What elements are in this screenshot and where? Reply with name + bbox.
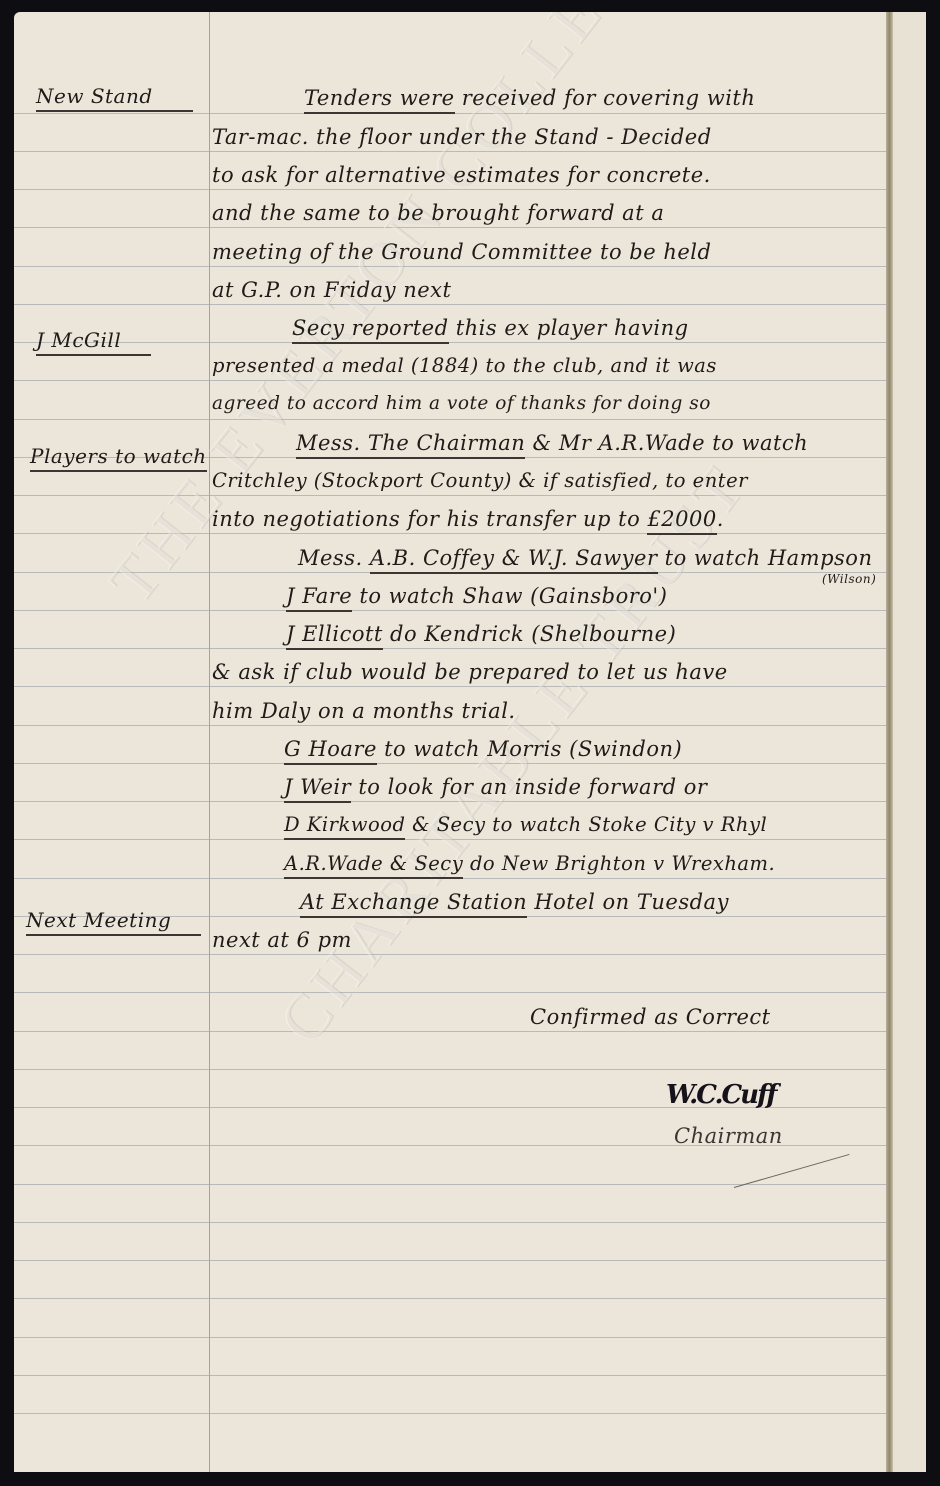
minute-line: Secy reported this ex player having xyxy=(292,316,689,340)
minute-line: J Ellicott do Kendrick (Shelbourne) xyxy=(286,622,676,646)
minute-line: Tenders were received for covering with xyxy=(304,86,755,110)
ruled-line xyxy=(14,686,886,687)
minute-line: Mess. The Chairman & Mr A.R.Wade to watc… xyxy=(296,431,808,455)
minute-line: J Weir to look for an inside forward or xyxy=(284,775,707,799)
ruled-line xyxy=(14,189,886,190)
signature-flourish xyxy=(734,1154,850,1188)
ruled-line xyxy=(14,495,886,496)
chairman-signature: W.C.Cuff xyxy=(666,1080,775,1110)
minute-line: Tar-mac. the floor under the Stand - Dec… xyxy=(212,125,712,149)
minute-annotation: (Wilson) xyxy=(822,572,876,586)
ruled-line xyxy=(14,151,886,152)
minute-line: Critchley (Stockport County) & if satisf… xyxy=(212,469,748,492)
ruled-line xyxy=(14,1031,886,1032)
margin-heading-next-meeting: Next Meeting xyxy=(26,908,201,932)
ruled-line xyxy=(14,227,886,228)
minute-line: J Fare to watch Shaw (Gainsboro') xyxy=(286,584,667,608)
ruled-line xyxy=(14,992,886,993)
minute-line: and the same to be brought forward at a xyxy=(212,201,664,225)
ruled-line xyxy=(14,1184,886,1185)
ruled-line xyxy=(14,801,886,802)
minute-line: into negotiations for his transfer up to… xyxy=(212,507,724,531)
ruled-line xyxy=(14,533,886,534)
ruled-line xyxy=(14,1298,886,1299)
minute-line: At Exchange Station Hotel on Tuesday xyxy=(300,890,729,914)
next-page-edge xyxy=(893,12,926,1472)
ruled-line xyxy=(14,1222,886,1223)
margin-heading-j-mcgill: J McGill xyxy=(36,328,151,352)
minute-line: to ask for alternative estimates for con… xyxy=(212,163,711,187)
minute-line: meeting of the Ground Committee to be he… xyxy=(212,240,711,264)
ruled-line xyxy=(14,954,886,955)
minute-line: next at 6 pm xyxy=(212,928,352,952)
ruled-line xyxy=(14,725,886,726)
chairman-title: Chairman xyxy=(674,1124,783,1148)
ruled-line xyxy=(14,304,886,305)
margin-heading-players-to-watch: Players to watch xyxy=(30,444,207,468)
minute-line: A.R.Wade & Secy do New Brighton v Wrexha… xyxy=(284,852,775,875)
ruled-line xyxy=(14,1069,886,1070)
ruled-line xyxy=(14,610,886,611)
minute-book-page: THE EVERTON COLLECTION CHARITABLE TRUST … xyxy=(14,12,926,1472)
ruled-line xyxy=(14,1375,886,1376)
ruled-line xyxy=(14,380,886,381)
minute-line: presented a medal (1884) to the club, an… xyxy=(212,354,717,377)
ruled-line xyxy=(14,1260,886,1261)
minute-line: D Kirkwood & Secy to watch Stoke City v … xyxy=(284,813,767,836)
ruled-line xyxy=(14,419,886,420)
minute-line: Mess. A.B. Coffey & W.J. Sawyer to watch… xyxy=(298,546,872,570)
ruled-line xyxy=(14,266,886,267)
ruled-line xyxy=(14,839,886,840)
minute-line: agreed to accord him a vote of thanks fo… xyxy=(212,393,711,414)
minute-line: & ask if club would be prepared to let u… xyxy=(212,660,728,684)
page-gutter xyxy=(886,12,893,1472)
ruled-line xyxy=(14,1337,886,1338)
ruled-line xyxy=(14,648,886,649)
minute-line: G Hoare to watch Morris (Swindon) xyxy=(284,737,682,761)
confirmation-text: Confirmed as Correct xyxy=(530,1005,771,1029)
margin-rule xyxy=(209,12,210,1472)
margin-heading-new-stand: New Stand xyxy=(36,84,193,108)
ruled-line xyxy=(14,1413,886,1414)
ruled-line xyxy=(14,763,886,764)
minute-line: at G.P. on Friday next xyxy=(212,278,451,302)
minute-line: him Daly on a months trial. xyxy=(212,699,516,723)
